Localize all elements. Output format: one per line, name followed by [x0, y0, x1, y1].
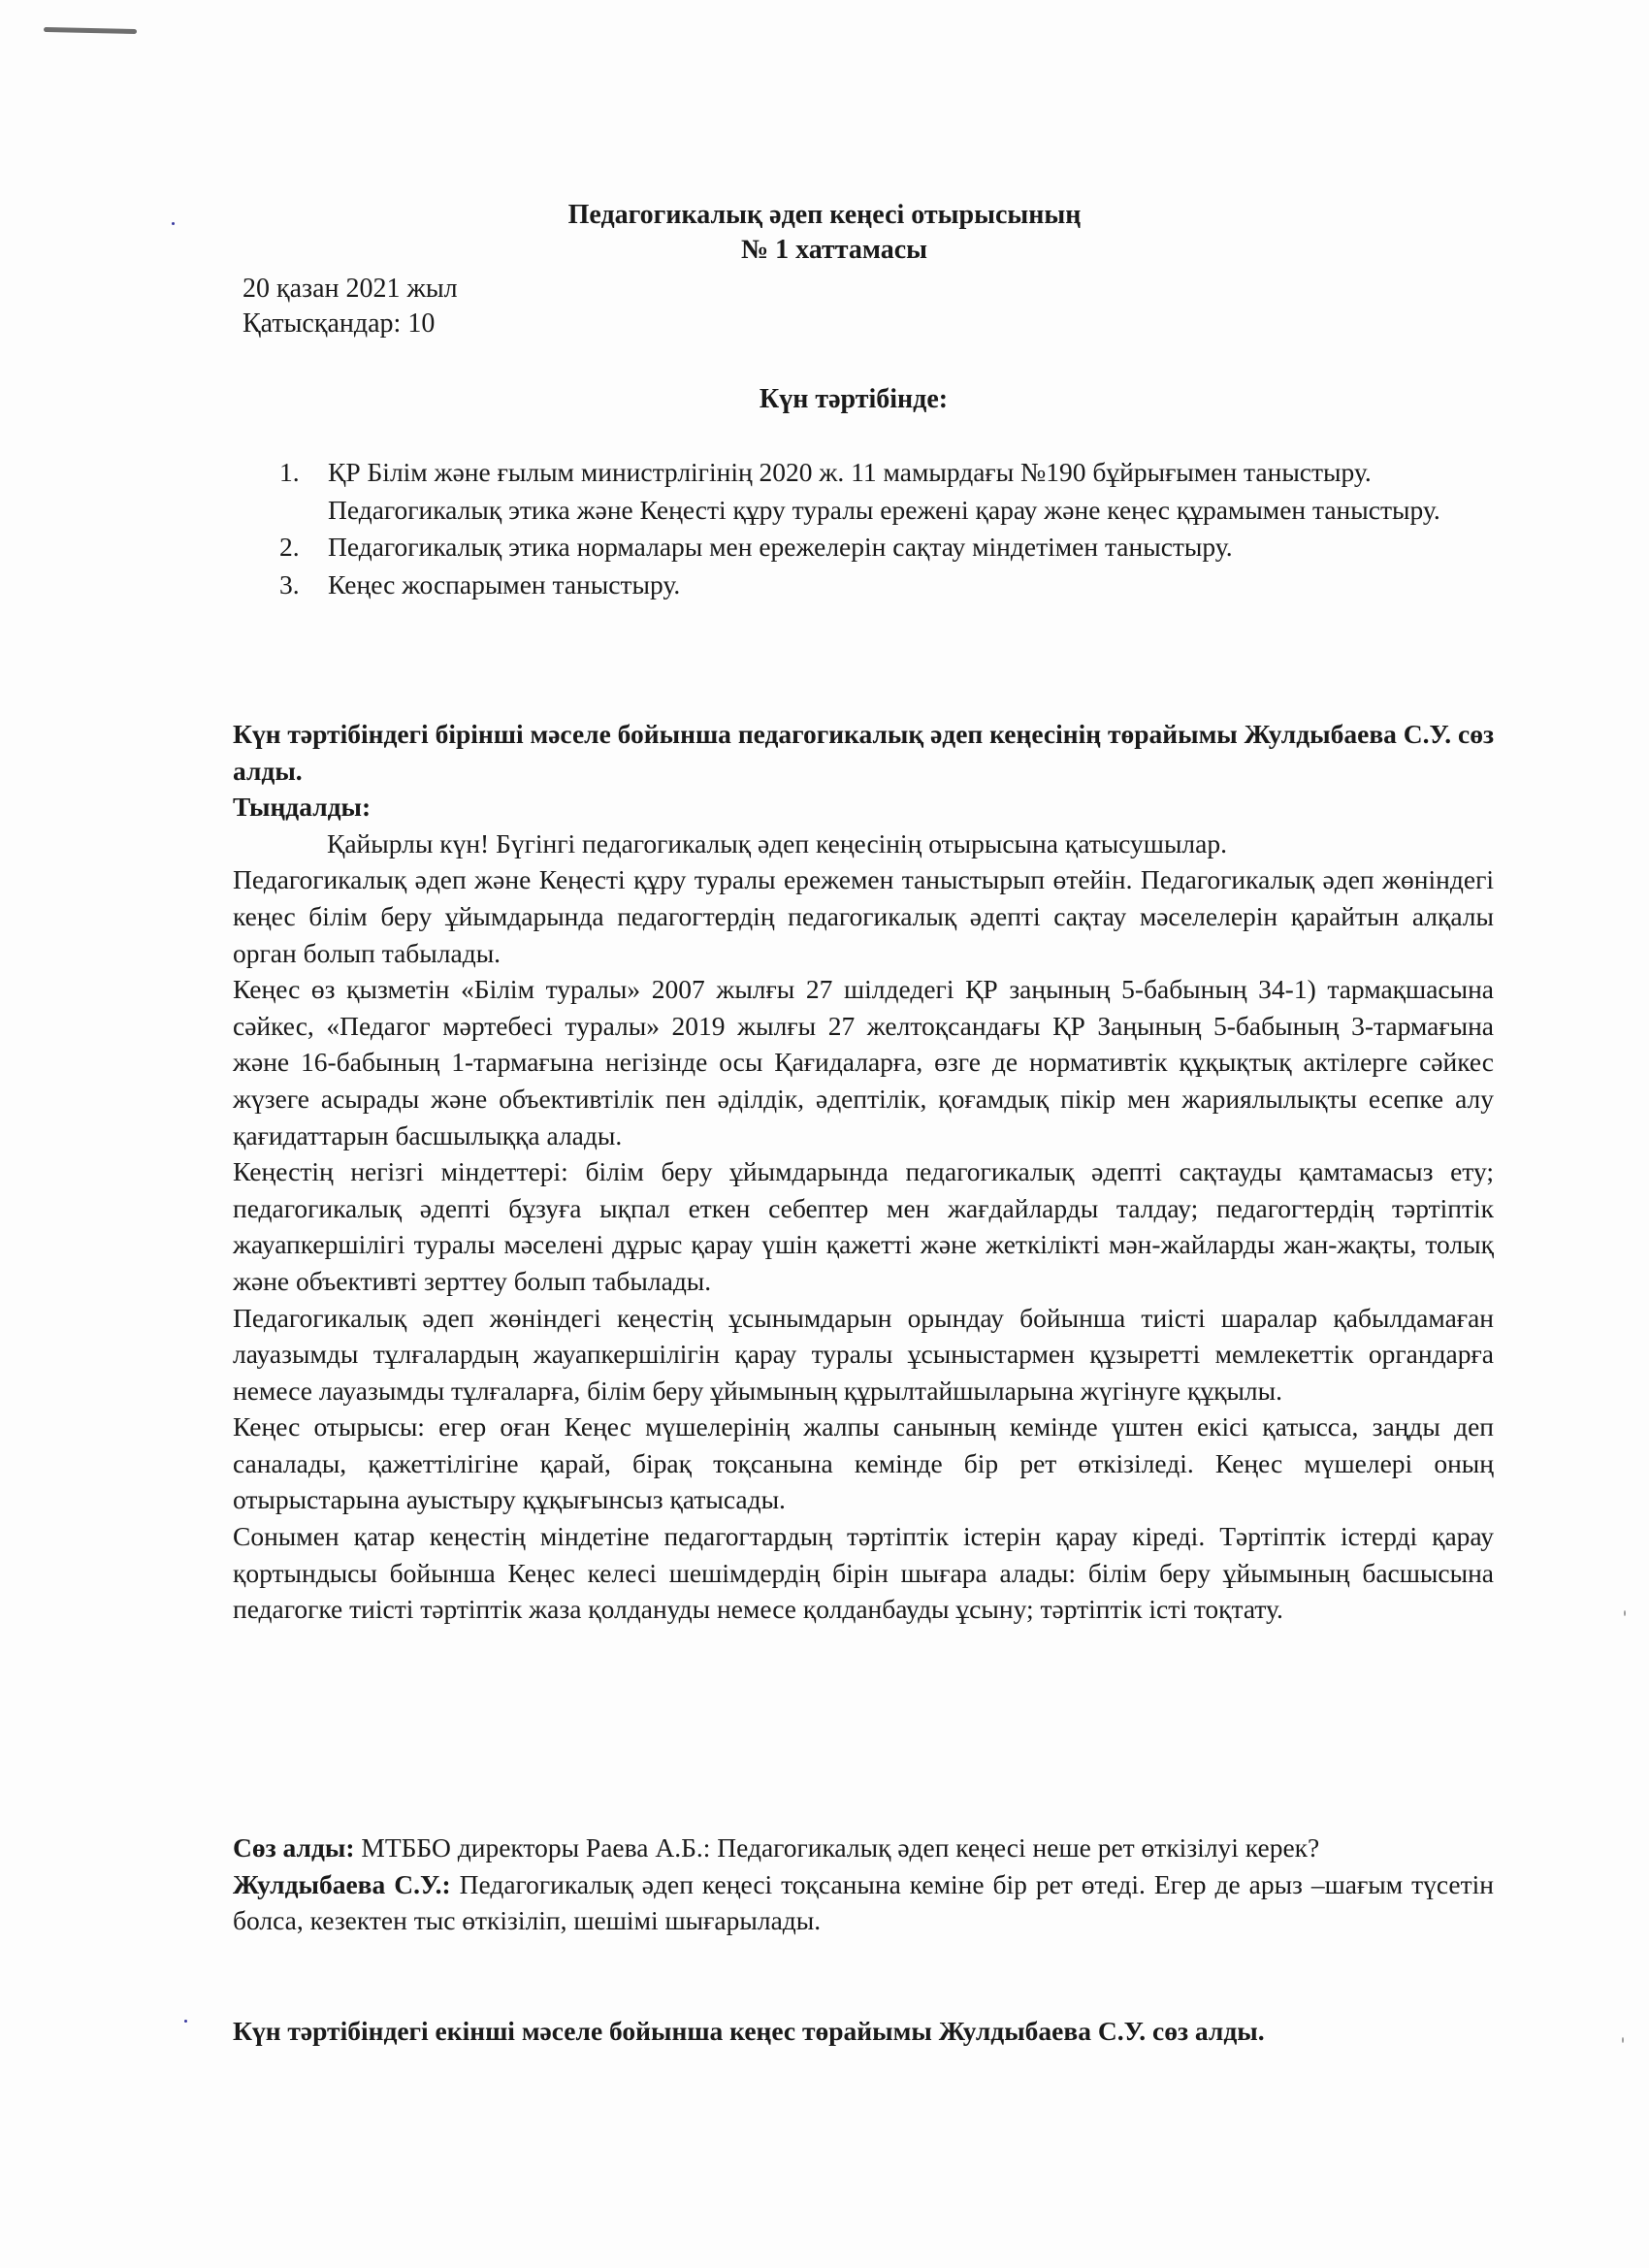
- body-paragraph: Сонымен қатар кеңестің міндетіне педагог…: [233, 1518, 1494, 1628]
- agenda-item: 3. Кеңес жоспарымен таныстыру.: [252, 567, 1494, 604]
- agenda-item-text: ҚР Білім және ғылым министрлігінің 2020 …: [328, 457, 1440, 525]
- agenda-item-number: 1.: [279, 454, 300, 492]
- document-title: Педагогикалық әдеп кеңесі отырысының: [39, 198, 1610, 233]
- body-paragraph: Кеңес өз қызметін «Білім туралы» 2007 жы…: [233, 971, 1494, 1153]
- scan-artifact-mark: [44, 27, 137, 34]
- first-item-heading: Күн тәртібіндегі бірінші мәселе бойынша …: [233, 716, 1494, 789]
- agenda-list: 1. ҚР Білім және ғылым министрлігінің 20…: [252, 454, 1494, 603]
- second-item-heading: Күн тәртібіндегі екінші мәселе бойынша к…: [233, 2013, 1494, 2050]
- greeting-paragraph: Қайырлы күн! Бүгінгі педагогикалық әдеп …: [233, 826, 1494, 862]
- agenda-heading: Күн тәртібінде:: [0, 382, 1649, 417]
- first-agenda-item-section: Күн тәртібіндегі бірінші мәселе бойынша …: [233, 716, 1494, 1628]
- scanned-document-page: Педагогикалық әдеп кеңесі отырысының № 1…: [0, 0, 1649, 2268]
- document-number-title: № 1 хаттамасы: [58, 233, 1610, 268]
- dialogue-question: Сөз алды: МТББО директоры Раева А.Б.: Пе…: [233, 1830, 1494, 1866]
- agenda-item: 2. Педагогикалық этика нормалары мен ере…: [252, 529, 1494, 567]
- body-paragraph: Кеңес отырысы: егер оған Кеңес мүшелерін…: [233, 1409, 1494, 1518]
- agenda-item-number: 2.: [279, 529, 300, 567]
- speaker-label: Сөз алды:: [233, 1832, 355, 1863]
- meeting-date: 20 қазан 2021 жыл: [242, 272, 458, 307]
- agenda-item-text: Педагогикалық этика нормалары мен ережел…: [328, 532, 1233, 562]
- scan-artifact-speck: [1622, 2037, 1624, 2043]
- body-paragraph: Кеңестің негізгі міндеттері: білім беру …: [233, 1153, 1494, 1299]
- dialogue-text: МТББО директоры Раева А.Б.: Педагогикалы…: [355, 1832, 1320, 1863]
- scan-artifact-speck: [1624, 1610, 1626, 1616]
- agenda-item-number: 3.: [279, 567, 300, 604]
- agenda-item-text: Кеңес жоспарымен таныстыру.: [328, 569, 680, 599]
- scan-artifact-speck: [184, 2020, 187, 2023]
- agenda-item: 1. ҚР Білім және ғылым министрлігінің 20…: [252, 454, 1494, 529]
- dialogue-section: Сөз алды: МТББО директоры Раева А.Б.: Пе…: [233, 1830, 1494, 1939]
- dialogue-answer: Жулдыбаева С.У.: Педагогикалық әдеп кеңе…: [233, 1866, 1494, 1939]
- speaker-label: Жулдыбаева С.У.:: [233, 1869, 451, 1899]
- second-agenda-item-section: Күн тәртібіндегі екінші мәселе бойынша к…: [233, 2013, 1494, 2050]
- body-paragraph: Педагогикалық әдеп жөніндегі кеңестің ұс…: [233, 1300, 1494, 1409]
- participants-count: Қатысқандар: 10: [242, 307, 435, 341]
- listened-label: Тыңдалды:: [233, 789, 1494, 826]
- body-paragraph: Педагогикалық әдеп және Кеңесті құру тур…: [233, 861, 1494, 971]
